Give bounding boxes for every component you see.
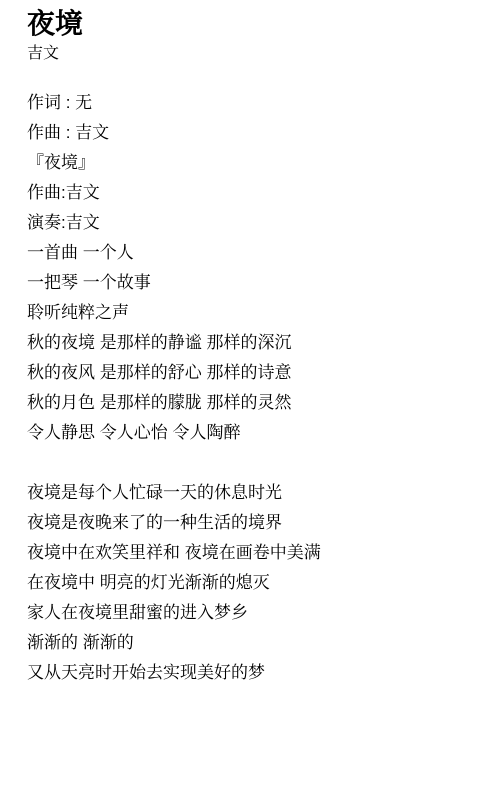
lyric-line: 夜境是每个人忙碌一天的休息时光 bbox=[27, 478, 480, 508]
lyric-line: 秋的夜风 是那样的舒心 那样的诗意 bbox=[27, 358, 480, 388]
lyric-line: 家人在夜境里甜蜜的进入梦乡 bbox=[27, 598, 480, 628]
lyric-line: 在夜境中 明亮的灯光渐渐的熄灭 bbox=[27, 568, 480, 598]
lyric-line-blank bbox=[27, 448, 480, 478]
lyric-line: 秋的夜境 是那样的静谧 那样的深沉 bbox=[27, 328, 480, 358]
lyric-line: 作曲 : 吉文 bbox=[27, 118, 480, 148]
lyric-line: 『夜境』 bbox=[27, 148, 480, 178]
page-title: 夜境 bbox=[27, 6, 480, 42]
lyric-line: 作曲:吉文 bbox=[27, 178, 480, 208]
lyric-line: 又从天亮时开始去实现美好的梦 bbox=[27, 658, 480, 688]
lyric-line: 演奏:吉文 bbox=[27, 208, 480, 238]
lyric-line: 聆听纯粹之声 bbox=[27, 298, 480, 328]
lyric-line: 一把琴 一个故事 bbox=[27, 268, 480, 298]
lyric-line: 夜境是夜晚来了的一种生活的境界 bbox=[27, 508, 480, 538]
lyrics-container: 作词 : 无 作曲 : 吉文 『夜境』 作曲:吉文 演奏:吉文 一首曲 一个人 … bbox=[27, 88, 480, 688]
lyric-line: 秋的月色 是那样的朦胧 那样的灵然 bbox=[27, 388, 480, 418]
lyric-line: 渐渐的 渐渐的 bbox=[27, 628, 480, 658]
lyric-line: 作词 : 无 bbox=[27, 88, 480, 118]
lyric-line: 夜境中在欢笑里祥和 夜境在画卷中美满 bbox=[27, 538, 480, 568]
lyrics-page: 夜境 吉文 作词 : 无 作曲 : 吉文 『夜境』 作曲:吉文 演奏:吉文 一首… bbox=[0, 0, 500, 790]
artist-name: 吉文 bbox=[27, 42, 480, 66]
lyric-line: 一首曲 一个人 bbox=[27, 238, 480, 268]
lyric-line: 令人静思 令人心怡 令人陶醉 bbox=[27, 418, 480, 448]
